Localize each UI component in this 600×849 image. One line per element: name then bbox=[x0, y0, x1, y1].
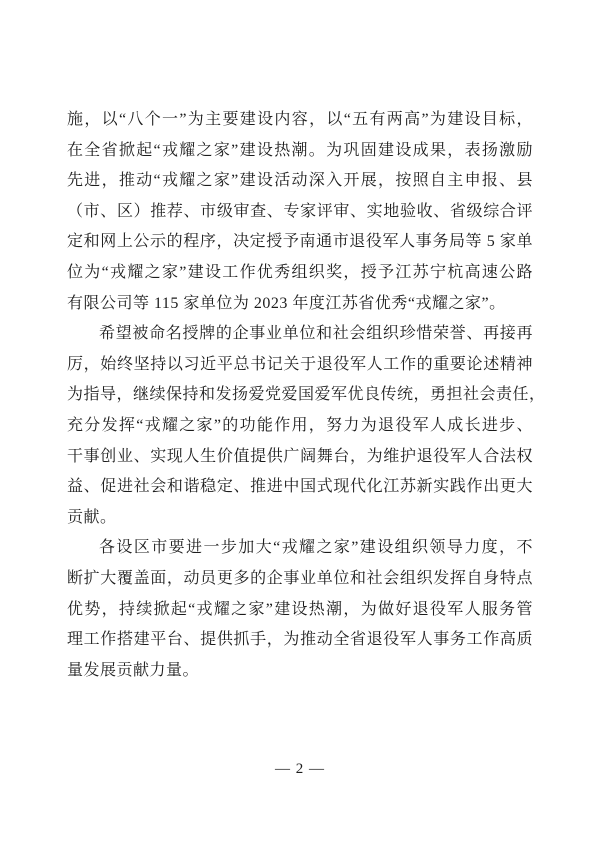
text-line: 益、促进社会和谐稳定、推进中国式现代化江苏新实践作出更大 bbox=[67, 472, 533, 503]
text-line: 优势，持续掀起“戎耀之家”建设热潮，为做好退役军人服务管 bbox=[67, 595, 533, 626]
text-line: 为指导，继续保持和发扬爱党爱国爱军优良传统，勇担社会责任， bbox=[67, 380, 533, 411]
text-line: 在全省掀起“戎耀之家”建设热潮。为巩固建设成果，表扬激励 bbox=[67, 136, 533, 167]
text-line: 有限公司等 115 家单位为 2023 年度江苏省优秀“戎耀之家”。 bbox=[67, 289, 533, 320]
text-line: 断扩大覆盖面，动员更多的企事业单位和社会组织发挥自身特点 bbox=[67, 564, 533, 595]
text-line: 充分发挥“戎耀之家”的功能作用，努力为退役军人成长进步、 bbox=[67, 411, 533, 442]
text-line: 施，以“八个一”为主要建设内容，以“五有两高”为建设目标， bbox=[67, 105, 533, 136]
document-page: 施，以“八个一”为主要建设内容，以“五有两高”为建设目标， 在全省掀起“戎耀之家… bbox=[0, 0, 600, 849]
text-line: 定和网上公示的程序，决定授予南通市退役军人事务局等 5 家单 bbox=[67, 227, 533, 258]
document-body-text: 施，以“八个一”为主要建设内容，以“五有两高”为建设目标， 在全省掀起“戎耀之家… bbox=[67, 105, 533, 686]
text-line: （市、区）推荐、市级审查、专家评审、实地验收、省级综合评 bbox=[67, 197, 533, 228]
text-line: 希望被命名授牌的企事业单位和社会组织珍惜荣誉、再接再 bbox=[67, 319, 533, 350]
text-line: 贡献。 bbox=[67, 503, 533, 534]
text-line: 各设区市要进一步加大“戎耀之家”建设组织领导力度，不 bbox=[67, 533, 533, 564]
text-line: 厉，始终坚持以习近平总书记关于退役军人工作的重要论述精神 bbox=[67, 350, 533, 381]
text-line: 量发展贡献力量。 bbox=[67, 656, 533, 687]
text-line: 干事创业、实现人生价值提供广阔舞台，为维护退役军人合法权 bbox=[67, 442, 533, 473]
text-line: 位为“戎耀之家”建设工作优秀组织奖，授予江苏宁杭高速公路 bbox=[67, 258, 533, 289]
page-number: — 2 — bbox=[0, 758, 600, 780]
text-line: 先进，推动“戎耀之家”建设活动深入开展，按照自主申报、县 bbox=[67, 166, 533, 197]
text-line: 理工作搭建平台、提供抓手，为推动全省退役军人事务工作高质 bbox=[67, 625, 533, 656]
